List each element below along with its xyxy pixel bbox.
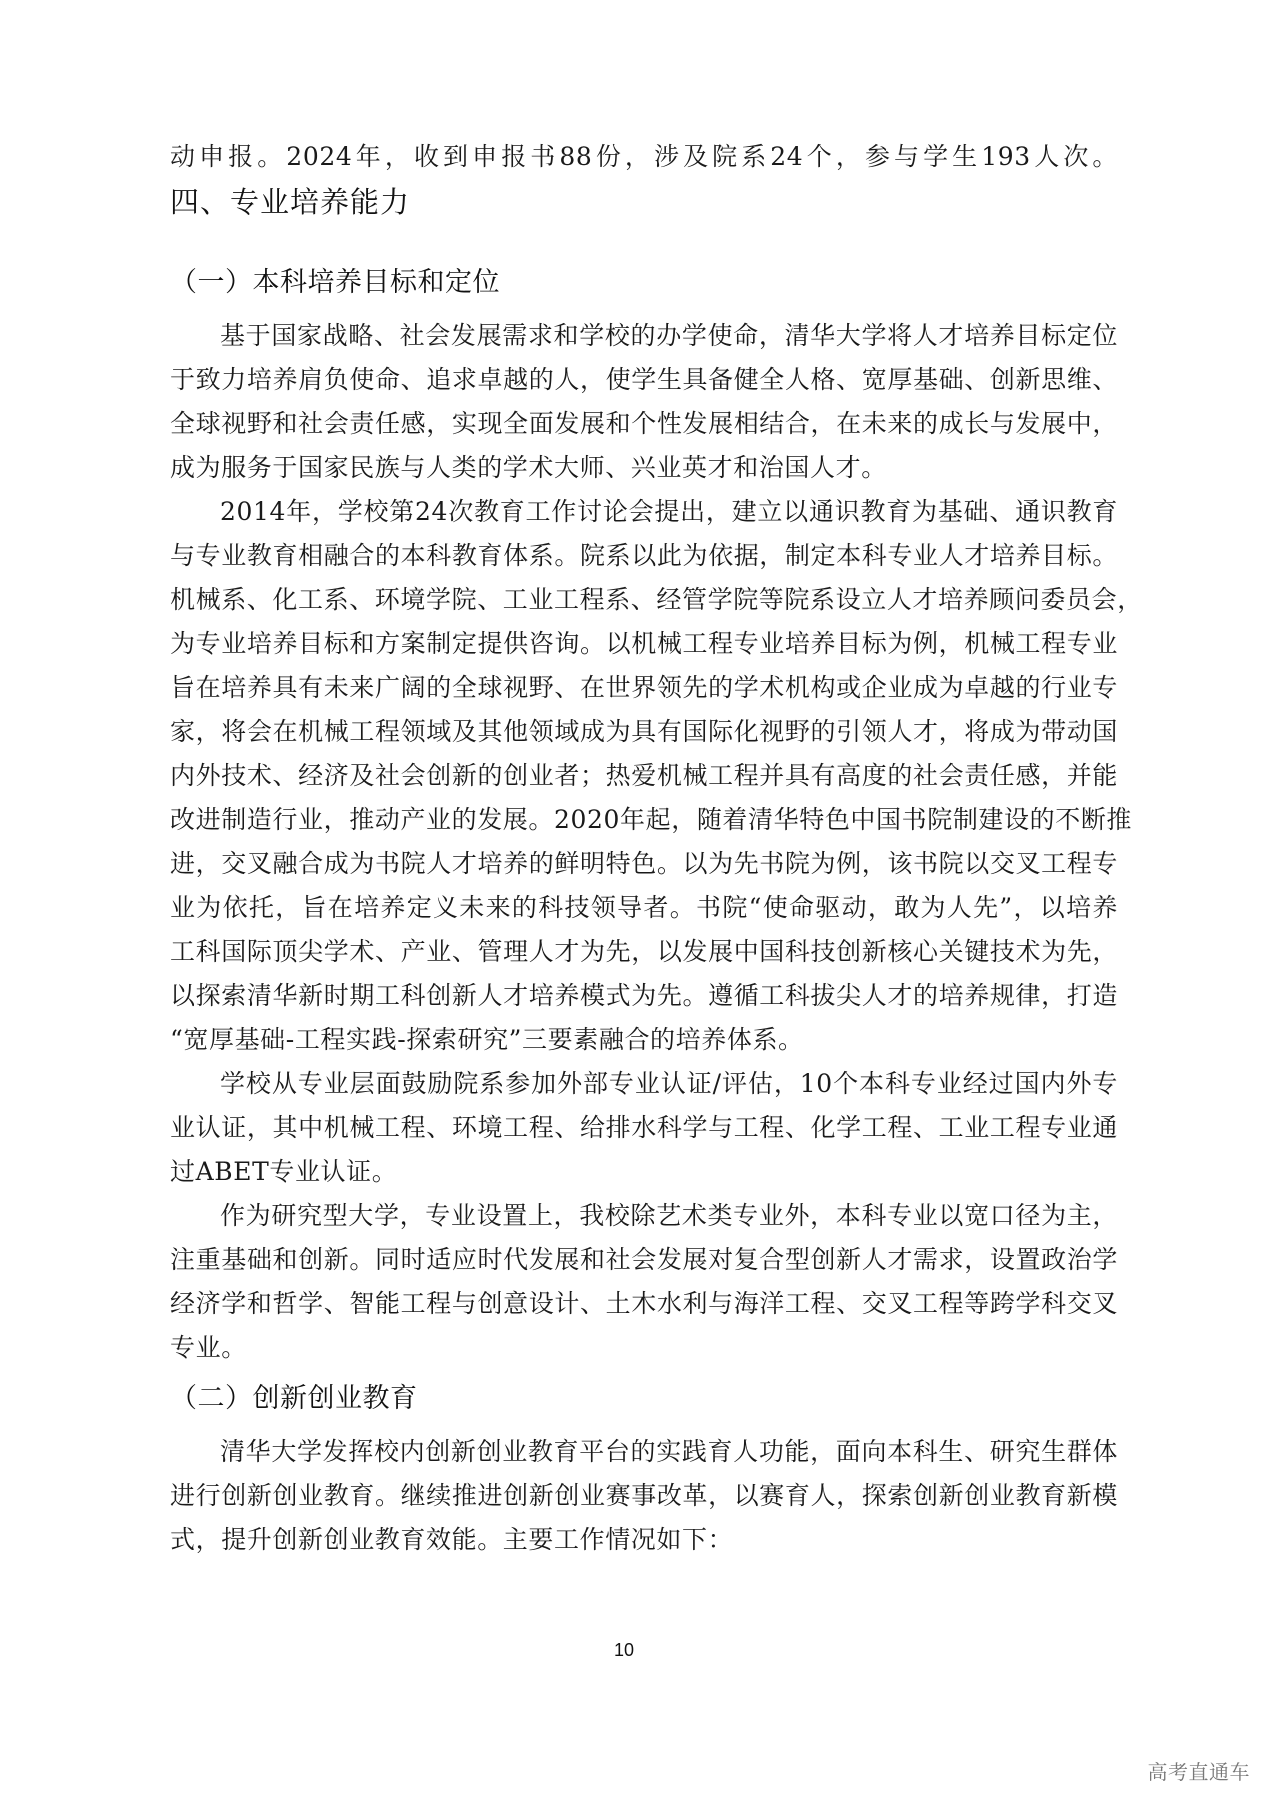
paragraph-line: 进，交叉融合成为书院人才培养的鲜明特色。以为先书院为例，该书院以交叉工程专 xyxy=(170,849,1118,879)
paragraph-line: 以探索清华新时期工科创新人才培养模式为先。遵循工科拔尖人才的培养规律，打造 xyxy=(170,981,1118,1011)
paragraph-line: 家，将会在机械工程领域及其他领域成为具有国际化视野的引领人才，将成为带动国 xyxy=(170,717,1118,747)
paragraph-line: 机械系、化工系、环境学院、工业工程系、经管学院等院系设立人才培养顾问委员会， xyxy=(170,585,1118,615)
paragraph-line: 工科国际顶尖学术、产业、管理人才为先，以发展中国科技创新核心关键技术为先， xyxy=(170,937,1118,967)
document-page: 动申报。2024年，收到申报书88份，涉及院系24个，参与学生193人次。 四、… xyxy=(0,0,1280,1810)
paragraph-line: 成为服务于国家民族与人类的学术大师、兴业英才和治国人才。 xyxy=(170,453,1118,483)
paragraph-line: 作为研究型大学，专业设置上，我校除艺术类专业外，本科专业以宽口径为主， xyxy=(220,1201,1118,1231)
paragraph-line: 全球视野和社会责任感，实现全面发展和个性发展相结合，在未来的成长与发展中， xyxy=(170,409,1118,439)
paragraph-line: 基于国家战略、社会发展需求和学校的办学使命，清华大学将人才培养目标定位 xyxy=(220,321,1118,351)
paragraph-line: 与专业教育相融合的本科教育体系。院系以此为依据，制定本科专业人才培养目标。 xyxy=(170,541,1118,571)
watermark-text: 高考直通车 xyxy=(1148,1756,1251,1785)
paragraph-line: 业认证，其中机械工程、环境工程、给排水科学与工程、化学工程、工业工程专业通 xyxy=(170,1113,1118,1143)
paragraph-line: 进行创新创业教育。继续推进创新创业赛事改革，以赛育人，探索创新创业教育新模 xyxy=(170,1481,1118,1511)
paragraph-line: 业为依托，旨在培养定义未来的科技领导者。书院“使命驱动，敢为人先”，以培养 xyxy=(170,893,1118,923)
paragraph-line: 2014年，学校第24次教育工作讨论会提出，建立以通识教育为基础、通识教育 xyxy=(220,497,1118,527)
section-heading: 四、专业培养能力 xyxy=(170,184,410,220)
paragraph-line: “宽厚基础-工程实践-探索研究”三要素融合的培养体系。 xyxy=(170,1025,1118,1055)
paragraph-line: 注重基础和创新。同时适应时代发展和社会发展对复合型创新人才需求，设置政治学 xyxy=(170,1245,1118,1275)
paragraph-line: 式，提升创新创业教育效能。主要工作情况如下： xyxy=(170,1525,1118,1555)
subsection-heading-1: （一）本科培养目标和定位 xyxy=(170,266,500,300)
paragraph-line: 于致力培养肩负使命、追求卓越的人，使学生具备健全人格、宽厚基础、创新思维、 xyxy=(170,365,1118,395)
paragraph-line: 内外技术、经济及社会创新的创业者；热爱机械工程并具有高度的社会责任感，并能 xyxy=(170,761,1118,791)
paragraph-line: 学校从专业层面鼓励院系参加外部专业认证/评估，10个本科专业经过国内外专 xyxy=(220,1069,1118,1099)
paragraph-line: 改进制造行业，推动产业的发展。2020年起，随着清华特色中国书院制建设的不断推 xyxy=(170,805,1118,835)
paragraph-line: 过ABET专业认证。 xyxy=(170,1157,1118,1187)
paragraph-line: 为专业培养目标和方案制定提供咨询。以机械工程专业培养目标为例，机械工程专业 xyxy=(170,629,1118,659)
paragraph-line: 清华大学发挥校内创新创业教育平台的实践育人功能，面向本科生、研究生群体 xyxy=(220,1437,1118,1467)
paragraph-line: 专业。 xyxy=(170,1333,1118,1363)
subsection-heading-2: （二）创新创业教育 xyxy=(170,1382,418,1416)
paragraph-continuation-line: 动申报。2024年，收到申报书88份，涉及院系24个，参与学生193人次。 xyxy=(170,142,1118,172)
paragraph-line: 旨在培养具有未来广阔的全球视野、在世界领先的学术机构或企业成为卓越的行业专 xyxy=(170,673,1118,703)
paragraph-line: 经济学和哲学、智能工程与创意设计、土木水利与海洋工程、交叉工程等跨学科交叉 xyxy=(170,1289,1118,1319)
page-number: 10 xyxy=(614,1640,634,1661)
